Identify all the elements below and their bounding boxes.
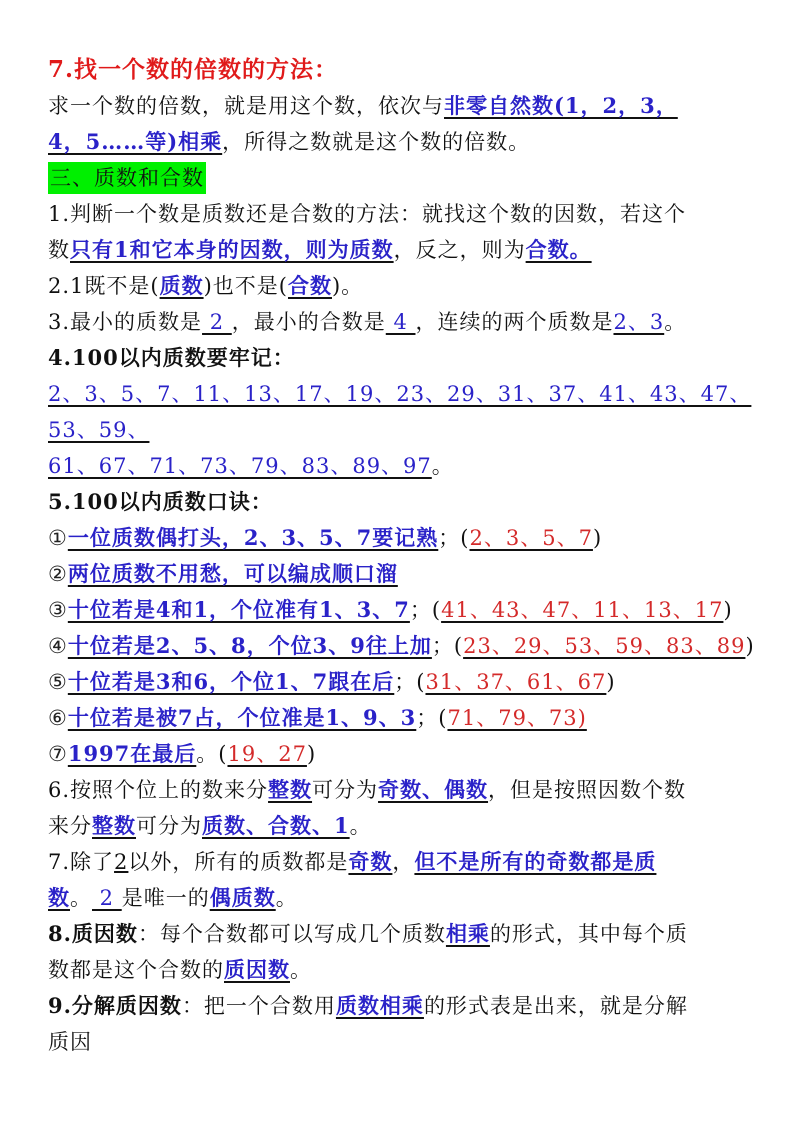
rhyme-text: 两位质数不用愁，可以编成顺口溜 [68,561,398,586]
text: ) [745,634,754,658]
prime-list: 53、59、 [48,418,149,442]
rhyme-text: 十位若是被7占，个位准是1、9、3 [68,705,416,730]
rhyme-answer: 19、27 [227,742,306,766]
answer-text: 非零自然数(1，2，3， [444,93,678,118]
item-6-line-1: 6.按照个位上的数来分整数可分为奇数、偶数，但是按照因数个数 [48,772,748,808]
rhyme-4: ④十位若是2、5、8，个位3、9往上加；(23、29、53、59、83、89) [48,628,748,664]
answer-text: 质数、合数、1 [202,813,350,838]
text: 的形式表是出来，就是分解 [424,994,688,1018]
text: ) [307,742,316,766]
text: 2 [114,850,128,874]
circled-number: ⑦ [48,742,68,766]
item-7-line-2: 数。 2 是唯一的偶质数。 [48,880,748,916]
text: 。 [350,814,372,838]
rhyme-text: 1997在最后 [68,741,196,766]
answer-text: 质因数 [224,957,290,982]
rhyme-text: 一位质数偶打头，2、3、5、7要记熟 [68,525,438,550]
chapter-3-title: 三、质数和合数 [48,162,206,194]
answer-text: 奇数 [348,849,392,874]
answer-text: 数 [48,885,70,910]
item-3: 3.最小的质数是 2 ，最小的合数是 4 ，连续的两个质数是2、3。 [48,304,748,340]
prime-list: 61、67、71、73、79、83、89、97 [48,454,432,478]
section-7-line-1: 求一个数的倍数，就是用这个数，依次与非零自然数(1，2，3， [48,88,748,124]
text: 。( [196,742,227,766]
text: 3.最小的质数是 [48,310,202,334]
item-9-line-1: 9.分解质因数：把一个合数用质数相乘的形式表是出来，就是分解 [48,988,748,1024]
text: ) [606,670,615,694]
text: ，所得之数就是这个数的倍数。 [222,130,530,154]
text: 以外，所有的质数都是 [128,850,348,874]
rhyme-answer: 41、43、47、11、13、17 [441,598,723,622]
item-4-title: 4.100以内质数要牢记： [48,340,748,376]
answer-text: 2 [202,310,232,334]
text: 。 [432,454,454,478]
section-7-title: 7.找一个数的倍数的方法： [48,52,748,88]
text: ；( [394,670,425,694]
answer-text: 2、3 [613,310,664,334]
rhyme-text: 十位若是4和1，个位准有1、3、7 [68,597,410,622]
text: 来分 [48,814,92,838]
text: 数都是这个合数的 [48,958,224,982]
item-4-row-1: 2、3、5、7、11、13、17、19、23、29、31、37、41、43、47… [48,376,748,412]
text: 7.除了 [48,850,114,874]
item-6-line-2: 来分整数可分为质数、合数、1。 [48,808,748,844]
rhyme-answer: 31、37、61、67 [425,670,606,694]
rhyme-6: ⑥十位若是被7占，个位准是1、9、3；(71、79、73) [48,700,748,736]
text: 2.1既不是( [48,274,160,298]
answer-text: 整数 [92,813,136,838]
text: ；( [438,526,469,550]
text: ；( [416,706,447,730]
text: 可分为 [136,814,202,838]
item-4-row-2: 53、59、 [48,412,748,448]
answer-text: 质数相乘 [336,993,424,1018]
chapter-3-heading: 三、质数和合数 [48,160,748,196]
rhyme-answer: 71、79、73) [447,706,586,730]
answer-text: 4 [386,310,416,334]
circled-number: ② [48,562,68,586]
text: ，最小的合数是 [232,310,386,334]
answer-text: 合数 [288,273,332,298]
document-page: 7.找一个数的倍数的方法： 求一个数的倍数，就是用这个数，依次与非零自然数(1，… [48,52,748,1060]
text: ：把一个合数用 [182,994,336,1018]
rhyme-answer: 23、29、53、59、83、89 [463,634,745,658]
circled-number: ④ [48,634,68,658]
circled-number: ⑥ [48,706,68,730]
text: 。 [664,310,686,334]
item-1-line-1: 1.判断一个数是质数还是合数的方法：就找这个数的因数，若这个 [48,196,748,232]
prime-list: 2、3、5、7、11、13、17、19、23、29、31、37、41、43、47… [48,382,751,406]
text: 数 [48,238,70,262]
answer-text: 2 [92,886,122,910]
text: ) [723,598,732,622]
answer-text: 但不是所有的奇数都是质 [414,849,656,874]
rhyme-1: ①一位质数偶打头，2、3、5、7要记熟；(2、3、5、7) [48,520,748,556]
answer-text: 奇数、偶数 [378,777,488,802]
section-7-line-2: 4，5……等)相乘，所得之数就是这个数的倍数。 [48,124,748,160]
circled-number: ③ [48,598,68,622]
item-8-line-2: 数都是这个合数的质因数。 [48,952,748,988]
answer-text: 4，5……等)相乘 [48,129,222,154]
answer-text: 偶质数 [210,885,276,910]
text: ；( [432,634,463,658]
rhyme-answer: 2、3、5、7 [469,526,592,550]
term-label: 9.分解质因数 [48,993,182,1018]
text: ；( [410,598,441,622]
answer-text: 质数 [160,273,204,298]
text: 可分为 [312,778,378,802]
text: 。 [276,886,298,910]
circled-number: ⑤ [48,670,68,694]
rhyme-7: ⑦1997在最后。(19、27) [48,736,748,772]
text: ，反之，则为 [394,238,526,262]
text: ，连续的两个质数是 [415,310,613,334]
rhyme-text: 十位若是2、5、8，个位3、9往上加 [68,633,432,658]
item-2: 2.1既不是(质数)也不是(合数)。 [48,268,748,304]
item-8-line-1: 8.质因数：每个合数都可以写成几个质数相乘的形式，其中每个质 [48,916,748,952]
answer-text: 整数 [268,777,312,802]
answer-text: 合数。 [526,237,592,262]
rhyme-3: ③十位若是4和1，个位准有1、3、7；(41、43、47、11、13、17) [48,592,748,628]
term-label: 8.质因数 [48,921,138,946]
text: )。 [332,274,363,298]
item-1-line-2: 数只有1和它本身的因数，则为质数，反之，则为合数。 [48,232,748,268]
item-4-row-3: 61、67、71、73、79、83、89、97。 [48,448,748,484]
text: ) [593,526,602,550]
rhyme-text: 十位若是3和6，个位1、7跟在后 [68,669,394,694]
item-9-line-2: 质因 [48,1024,748,1060]
item-5-title: 5.100以内质数口诀： [48,484,748,520]
text: 的形式，其中每个质 [490,922,688,946]
circled-number: ① [48,526,68,550]
item-7-line-1: 7.除了2以外，所有的质数都是奇数，但不是所有的奇数都是质 [48,844,748,880]
answer-text: 只有1和它本身的因数，则为质数 [70,237,394,262]
rhyme-5: ⑤十位若是3和6，个位1、7跟在后；(31、37、61、67) [48,664,748,700]
answer-text: 相乘 [446,921,490,946]
text: 。 [290,958,312,982]
text: )也不是( [204,274,288,298]
text: 6.按照个位上的数来分 [48,778,268,802]
text: 求一个数的倍数，就是用这个数，依次与 [48,94,444,118]
text: 是唯一的 [122,886,210,910]
rhyme-2: ②两位质数不用愁，可以编成顺口溜 [48,556,748,592]
text: 。 [70,886,92,910]
text: ：每个合数都可以写成几个质数 [138,922,446,946]
text: ，但是按照因数个数 [488,778,686,802]
text: ， [392,850,414,874]
